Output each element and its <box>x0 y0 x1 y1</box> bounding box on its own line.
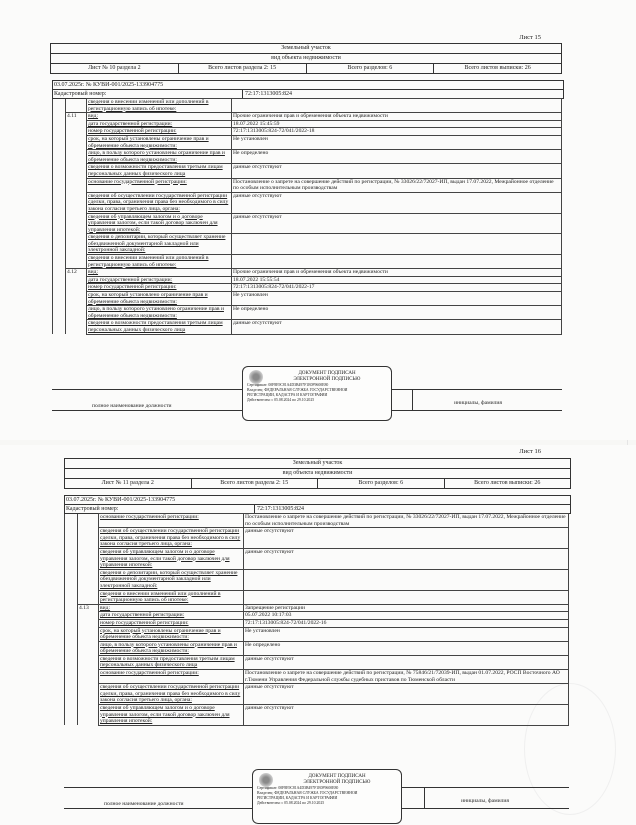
margin-cell <box>65 548 78 569</box>
entry-number <box>78 569 99 590</box>
field-label: сведения о возможности предоставления тр… <box>87 164 232 178</box>
object-type: Земельный участок <box>65 459 570 469</box>
total-sections: Всего разделов: 6 <box>307 64 435 73</box>
sheet-in-section: Лист № 11 раздела 2 <box>65 479 192 488</box>
sheet-number: Лист 15 <box>519 34 541 41</box>
entry-number <box>78 612 99 620</box>
table-row: сведения об управляющем залогом и о дого… <box>65 705 569 726</box>
field-label: срок, на который установлены ограничение… <box>99 627 244 641</box>
emblem-icon <box>259 773 273 787</box>
margin-cell <box>53 276 66 284</box>
margin-cell <box>65 612 78 620</box>
margin-cell <box>53 113 66 121</box>
field-label: сведения о внесении изменений или дополн… <box>87 255 232 269</box>
field-value: Запрещение регистрации <box>244 604 569 612</box>
object-header: Земельный участок вид объекта недвижимос… <box>50 43 562 74</box>
entry-number <box>66 135 87 149</box>
field-label: сведения о возможности предоставления тр… <box>87 320 232 334</box>
margin-cell <box>65 655 78 669</box>
field-value <box>244 569 569 590</box>
margin-cell <box>65 528 78 549</box>
total-sheets-extract: Всего листов выписки: 26 <box>445 479 571 488</box>
extract-page-15: Лист 15 Земельный участок вид объекта не… <box>0 0 636 440</box>
field-label: сведения о возможности предоставления тр… <box>99 655 244 669</box>
entry-number <box>66 128 87 136</box>
entry-number <box>78 548 99 569</box>
table-row: лицо, в пользу которого установлены огра… <box>65 641 569 655</box>
field-value: данные отсутствуют <box>244 528 569 549</box>
field-label: сведения об управляющем залогом и о дого… <box>99 705 244 726</box>
margin-cell <box>53 99 66 113</box>
field-label: сведения об осуществлении государственно… <box>99 528 244 549</box>
divider <box>412 390 413 410</box>
field-value: Не определено <box>244 641 569 655</box>
encumbrance-table: сведения о внесении изменений или дополн… <box>52 98 562 335</box>
table-row: лицо, в пользу которого установлено огра… <box>53 306 562 320</box>
field-label: основание государственной регистрации: <box>99 514 244 528</box>
entry-number <box>66 234 87 255</box>
entry-number <box>78 528 99 549</box>
stamp-validity: Действителен: с 05.08.2024 по 29.10.2025 <box>247 398 387 403</box>
margin-cell <box>53 234 66 255</box>
table-row: дата государственной регистрации:18.07.2… <box>53 120 562 128</box>
field-label: лицо, в пользу которого установлены огра… <box>99 641 244 655</box>
request-line: 03.07.2025г. № КУВИ-001/2025-133904775 <box>53 81 563 90</box>
field-value: данные отсутствуют <box>232 213 562 234</box>
table-row: сведения о возможности предоставления тр… <box>53 320 562 334</box>
object-type: Земельный участок <box>51 44 561 54</box>
field-label: срок, на который установлены ограничение… <box>87 135 232 149</box>
cadastral-row: Кадастровый номер: 72:17:1313005:824 <box>65 505 570 513</box>
sheet-in-section: Лист № 10 раздела 2 <box>51 64 179 73</box>
sheet-number: Лист 16 <box>519 448 541 455</box>
field-label: сведения об управляющем залогом и о дого… <box>87 213 232 234</box>
margin-cell <box>53 150 66 164</box>
total-sheets-section: Всего листов раздела 2: 15 <box>192 479 319 488</box>
table-row: сведения о внесении изменений или дополн… <box>65 590 569 604</box>
field-label: сведения о депозитарии, который осуществ… <box>99 569 244 590</box>
table-row: дата государственной регистрации:05.07.2… <box>65 612 569 620</box>
divider <box>424 788 425 808</box>
field-label: срок, на который установлено ограничение… <box>87 292 232 306</box>
margin-cell <box>53 292 66 306</box>
field-value: данные отсутствуют <box>232 164 562 178</box>
margin-cell <box>53 306 66 320</box>
entry-number <box>66 213 87 234</box>
position-caption: полное наименование должности <box>104 801 184 807</box>
field-label: вид: <box>87 113 232 121</box>
extract-page-16: Лист 16 Земельный участок вид объекта не… <box>0 445 636 825</box>
entry-number <box>78 619 99 627</box>
field-label: вид: <box>87 269 232 277</box>
table-row: сведения об осуществлении государственно… <box>65 528 569 549</box>
field-label: лицо, в пользу которого установлены огра… <box>87 150 232 164</box>
total-sheets-section: Всего листов раздела 2: 15 <box>179 64 307 73</box>
margin-cell <box>65 705 78 726</box>
entry-number: 4.13 <box>78 604 99 612</box>
field-value: данные отсутствуют <box>244 548 569 569</box>
table-row: сведения о депозитарии, который осуществ… <box>53 234 562 255</box>
entry-number <box>66 276 87 284</box>
table-row: основание государственной регистрации:По… <box>53 178 562 192</box>
margin-cell <box>53 320 66 334</box>
object-type-caption: вид объекта недвижимости <box>65 469 570 479</box>
field-value: 18.07.2022 15:55:54 <box>232 276 562 284</box>
request-line: 03.07.2025г. № КУВИ-001/2025-133904775 <box>65 496 570 505</box>
table-row: основание государственной регистрации:По… <box>65 514 569 528</box>
field-value: Не определено <box>232 150 562 164</box>
table-row: сведения об осуществлении государственно… <box>53 192 562 213</box>
entry-number <box>66 292 87 306</box>
request-meta: 03.07.2025г. № КУВИ-001/2025-133904775 К… <box>52 80 564 99</box>
margin-cell <box>65 670 78 684</box>
stamp-validity: Действителен: с 05.08.2024 по 29.10.2025 <box>257 801 397 806</box>
entry-number <box>78 590 99 604</box>
cadastral-label: Кадастровый номер: <box>54 90 242 98</box>
table-row: сведения об управляющем залогом и о дого… <box>65 548 569 569</box>
entry-number <box>78 627 99 641</box>
sheet-summary: Лист № 10 раздела 2 Всего листов раздела… <box>51 64 561 73</box>
table-row: лицо, в пользу которого установлены огра… <box>53 150 562 164</box>
entry-number <box>66 192 87 213</box>
field-label: номер государственной регистрации: <box>87 128 232 136</box>
table-row: срок, на который установлены ограничение… <box>53 135 562 149</box>
margin-cell <box>53 135 66 149</box>
field-label: сведения об осуществлении государственно… <box>99 684 244 705</box>
entry-number: 4.11 <box>66 113 87 121</box>
field-label: сведения о внесении изменений или дополн… <box>87 99 232 113</box>
field-value: данные отсутствуют <box>244 684 569 705</box>
field-label: дата государственной регистрации: <box>87 276 232 284</box>
field-value: Прочие ограничения прав и обременения об… <box>232 269 562 277</box>
field-value: Прочие ограничения прав и обременения об… <box>232 113 562 121</box>
table-row: основание государственной регистрации:По… <box>65 670 569 684</box>
margin-cell <box>53 120 66 128</box>
field-value <box>232 234 562 255</box>
field-value: Постановление о запрете на совершение де… <box>244 670 569 684</box>
table-row: 4.11вид:Прочие ограничения прав и обреме… <box>53 113 562 121</box>
margin-cell <box>65 619 78 627</box>
table-row: 4.13вид:Запрещение регистрации <box>65 604 569 612</box>
table-row: сведения о депозитарии, который осуществ… <box>65 569 569 590</box>
entry-number <box>78 684 99 705</box>
margin-cell <box>65 641 78 655</box>
name-caption: инициалы, фамилия <box>454 400 502 406</box>
entry-number <box>66 320 87 334</box>
field-label: дата государственной регистрации: <box>87 120 232 128</box>
entry-number <box>66 306 87 320</box>
margin-cell <box>53 269 66 277</box>
entry-number <box>66 150 87 164</box>
total-sections: Всего разделов: 6 <box>318 479 445 488</box>
e-signature-stamp: ДОКУМЕНТ ПОДПИСАН ЭЛЕКТРОННОЙ ПОДПИСЬЮ С… <box>252 769 402 824</box>
emblem-icon <box>249 370 263 384</box>
table-row: сведения о возможности предоставления тр… <box>65 655 569 669</box>
field-value: 72:17:1313005:824-72/041/2022-17 <box>232 284 562 292</box>
table-row: дата государственной регистрации:18.07.2… <box>53 276 562 284</box>
margin-cell <box>53 164 66 178</box>
margin-cell <box>65 590 78 604</box>
table-row: номер государственной регистрации:72:17:… <box>53 284 562 292</box>
field-label: сведения о внесении изменений или дополн… <box>99 590 244 604</box>
field-value: Не установлен <box>232 135 562 149</box>
field-label: сведения об управляющем залогом и о дого… <box>99 548 244 569</box>
cadastral-value: 72:17:1313005:824 <box>254 505 570 513</box>
entry-number <box>78 655 99 669</box>
field-label: номер государственной регистрации: <box>87 284 232 292</box>
field-value <box>232 255 562 269</box>
margin-cell <box>65 627 78 641</box>
table-row: сведения о внесении изменений или дополн… <box>53 99 562 113</box>
table-row: сведения о внесении изменений или дополн… <box>53 255 562 269</box>
entry-number <box>66 120 87 128</box>
table-row: номер государственной регистрации:72:17:… <box>65 619 569 627</box>
entry-number <box>66 178 87 192</box>
entry-number <box>66 284 87 292</box>
entry-number <box>78 641 99 655</box>
object-type-caption: вид объекта недвижимости <box>51 54 561 64</box>
table-row: номер государственной регистрации:72:17:… <box>53 128 562 136</box>
margin-cell <box>53 284 66 292</box>
field-value <box>232 99 562 113</box>
encumbrance-table: основание государственной регистрации:По… <box>64 513 569 726</box>
field-label: сведения об осуществлении государственно… <box>87 192 232 213</box>
e-signature-stamp: ДОКУМЕНТ ПОДПИСАН ЭЛЕКТРОННОЙ ПОДПИСЬЮ С… <box>242 366 392 421</box>
entry-number <box>66 255 87 269</box>
margin-cell <box>53 128 66 136</box>
margin-cell <box>65 514 78 528</box>
field-value: данные отсутствуют <box>244 655 569 669</box>
cadastral-value: 72:17:1313005:824 <box>242 90 563 98</box>
total-sheets-extract: Всего листов выписки: 26 <box>434 64 561 73</box>
field-label: основание государственной регистрации: <box>99 670 244 684</box>
table-row: 4.12вид:Прочие ограничения прав и обреме… <box>53 269 562 277</box>
margin-cell <box>65 569 78 590</box>
cadastral-label: Кадастровый номер: <box>66 505 254 513</box>
table-row: сведения о возможности предоставления тр… <box>53 164 562 178</box>
field-label: основание государственной регистрации: <box>87 178 232 192</box>
margin-cell <box>65 684 78 705</box>
field-value: Не установлен <box>232 292 562 306</box>
margin-cell <box>53 213 66 234</box>
entry-number <box>78 670 99 684</box>
table-row: сведения об управляющем залогом и о дого… <box>53 213 562 234</box>
field-value: Не установлен <box>244 627 569 641</box>
table-row: срок, на который установлены ограничение… <box>65 627 569 641</box>
cadastral-row: Кадастровый номер: 72:17:1313005:824 <box>53 90 563 98</box>
table-row: срок, на который установлено ограничение… <box>53 292 562 306</box>
entry-number <box>78 514 99 528</box>
field-value: 72:17:1313005:824-72/041/2022-16 <box>244 619 569 627</box>
field-value: Не определено <box>232 306 562 320</box>
margin-cell <box>65 604 78 612</box>
field-value: 05.07.2022 10:17:03 <box>244 612 569 620</box>
field-value: Постановление о запрете на совершение де… <box>244 514 569 528</box>
field-value: данные отсутствуют <box>244 705 569 726</box>
entry-number <box>66 99 87 113</box>
field-value: данные отсутствуют <box>232 192 562 213</box>
entry-number <box>66 164 87 178</box>
field-label: номер государственной регистрации: <box>99 619 244 627</box>
sheet-summary: Лист № 11 раздела 2 Всего листов раздела… <box>65 479 570 488</box>
margin-cell <box>53 178 66 192</box>
field-value: 18.07.2022 15:45:59 <box>232 120 562 128</box>
field-label: лицо, в пользу которого установлено огра… <box>87 306 232 320</box>
field-value: Постановление о запрете на совершение де… <box>232 178 562 192</box>
position-caption: полное наименование должности <box>92 403 172 409</box>
field-label: вид: <box>99 604 244 612</box>
entry-number: 4.12 <box>66 269 87 277</box>
table-row: сведения об осуществлении государственно… <box>65 684 569 705</box>
name-caption: инициалы, фамилия <box>461 798 509 804</box>
field-value: данные отсутствуют <box>232 320 562 334</box>
field-value <box>244 590 569 604</box>
field-label: сведения о депозитарии, который осуществ… <box>87 234 232 255</box>
entry-number <box>78 705 99 726</box>
margin-cell <box>53 255 66 269</box>
field-label: дата государственной регистрации: <box>99 612 244 620</box>
object-header: Земельный участок вид объекта недвижимос… <box>64 458 571 489</box>
field-value: 72:17:1313005:824-72/041/2022-18 <box>232 128 562 136</box>
request-meta: 03.07.2025г. № КУВИ-001/2025-133904775 К… <box>64 495 571 514</box>
margin-cell <box>53 192 66 213</box>
